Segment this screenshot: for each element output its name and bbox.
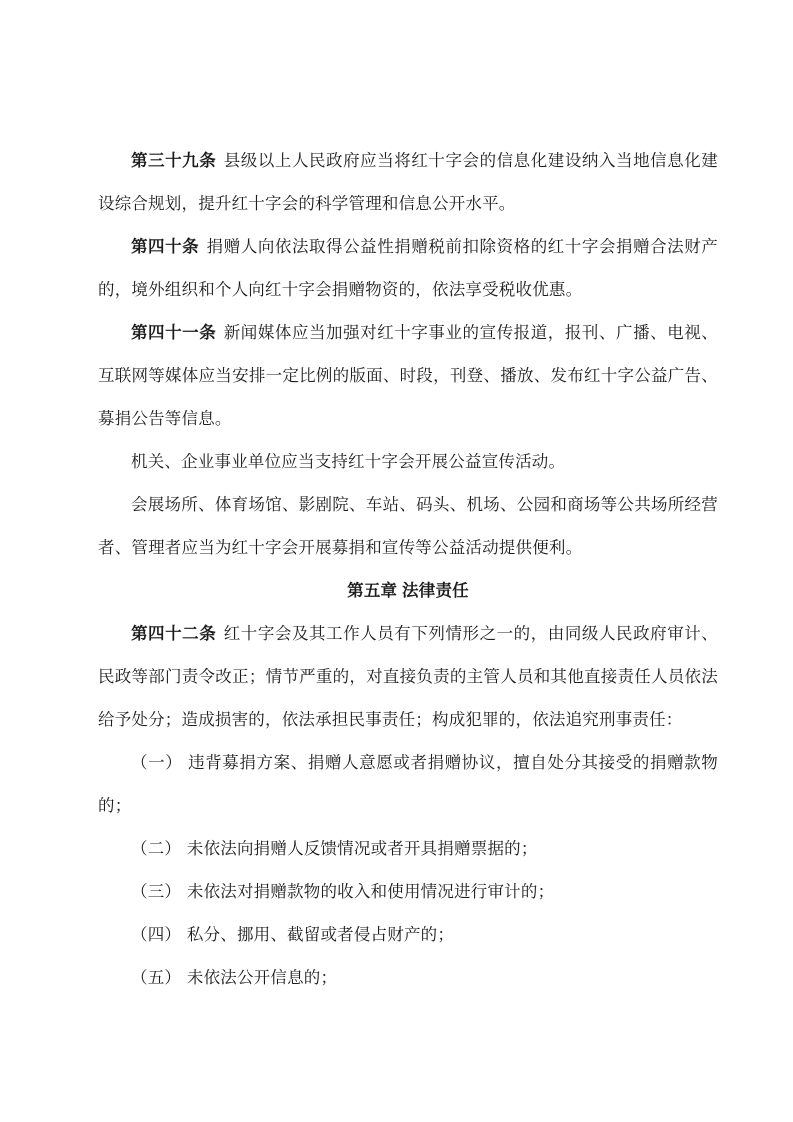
list-item-paragraph: （三）未依法对捐赠款物的收入和使用情况进行审计的； bbox=[98, 871, 718, 914]
item-number: （四） bbox=[131, 926, 181, 944]
article-paragraph: 第四十条捐赠人向依法取得公益性捐赠税前扣除资格的红十字会捐赠合法财产的，境外组织… bbox=[98, 226, 718, 312]
document-body: 第三十九条县级以上人民政府应当将红十字会的信息化建设纳入当地信息化建设综合规划，… bbox=[98, 140, 718, 1000]
plain-paragraph: 机关、企业事业单位应当支持红十字会开展公益宣传活动。 bbox=[98, 441, 718, 484]
item-text: 违背募捐方案、捐赠人意愿或者捐赠协议，擅自处分其接受的捐赠款物的； bbox=[98, 754, 718, 815]
article-number: 第四十二条 bbox=[131, 625, 216, 643]
article-number: 第三十九条 bbox=[131, 152, 216, 170]
item-text: 未依法对捐赠款物的收入和使用情况进行审计的； bbox=[187, 883, 554, 901]
document-page: 第三十九条县级以上人民政府应当将红十字会的信息化建设纳入当地信息化建设综合规划，… bbox=[0, 0, 793, 1122]
list-item-paragraph: （五）未依法公开信息的； bbox=[98, 957, 718, 1000]
chapter-heading: 第五章 法律责任 bbox=[98, 570, 718, 613]
article-number: 第四十条 bbox=[131, 238, 199, 256]
article-paragraph: 第四十二条红十字会及其工作人员有下列情形之一的，由同级人民政府审计、民政等部门责… bbox=[98, 613, 718, 742]
item-text: 未依法向捐赠人反馈情况或者开具捐赠票据的； bbox=[187, 840, 538, 858]
article-paragraph: 第三十九条县级以上人民政府应当将红十字会的信息化建设纳入当地信息化建设综合规划，… bbox=[98, 140, 718, 226]
list-item-paragraph: （一）违背募捐方案、捐赠人意愿或者捐赠协议，擅自处分其接受的捐赠款物的； bbox=[98, 742, 718, 828]
item-number: （五） bbox=[131, 969, 181, 987]
item-text: 未依法公开信息的； bbox=[187, 969, 337, 987]
plain-paragraph: 会展场所、体育场馆、影剧院、车站、码头、机场、公园和商场等公共场所经营者、管理者… bbox=[98, 484, 718, 570]
list-item-paragraph: （四）私分、挪用、截留或者侵占财产的； bbox=[98, 914, 718, 957]
list-item-paragraph: （二）未依法向捐赠人反馈情况或者开具捐赠票据的； bbox=[98, 828, 718, 871]
item-number: （二） bbox=[131, 840, 181, 858]
item-number: （三） bbox=[131, 883, 181, 901]
article-paragraph: 第四十一条新闻媒体应当加强对红十字事业的宣传报道，报刊、广播、电视、互联网等媒体… bbox=[98, 312, 718, 441]
article-number: 第四十一条 bbox=[131, 324, 216, 342]
item-number: （一） bbox=[131, 754, 182, 772]
item-text: 私分、挪用、截留或者侵占财产的； bbox=[187, 926, 454, 944]
